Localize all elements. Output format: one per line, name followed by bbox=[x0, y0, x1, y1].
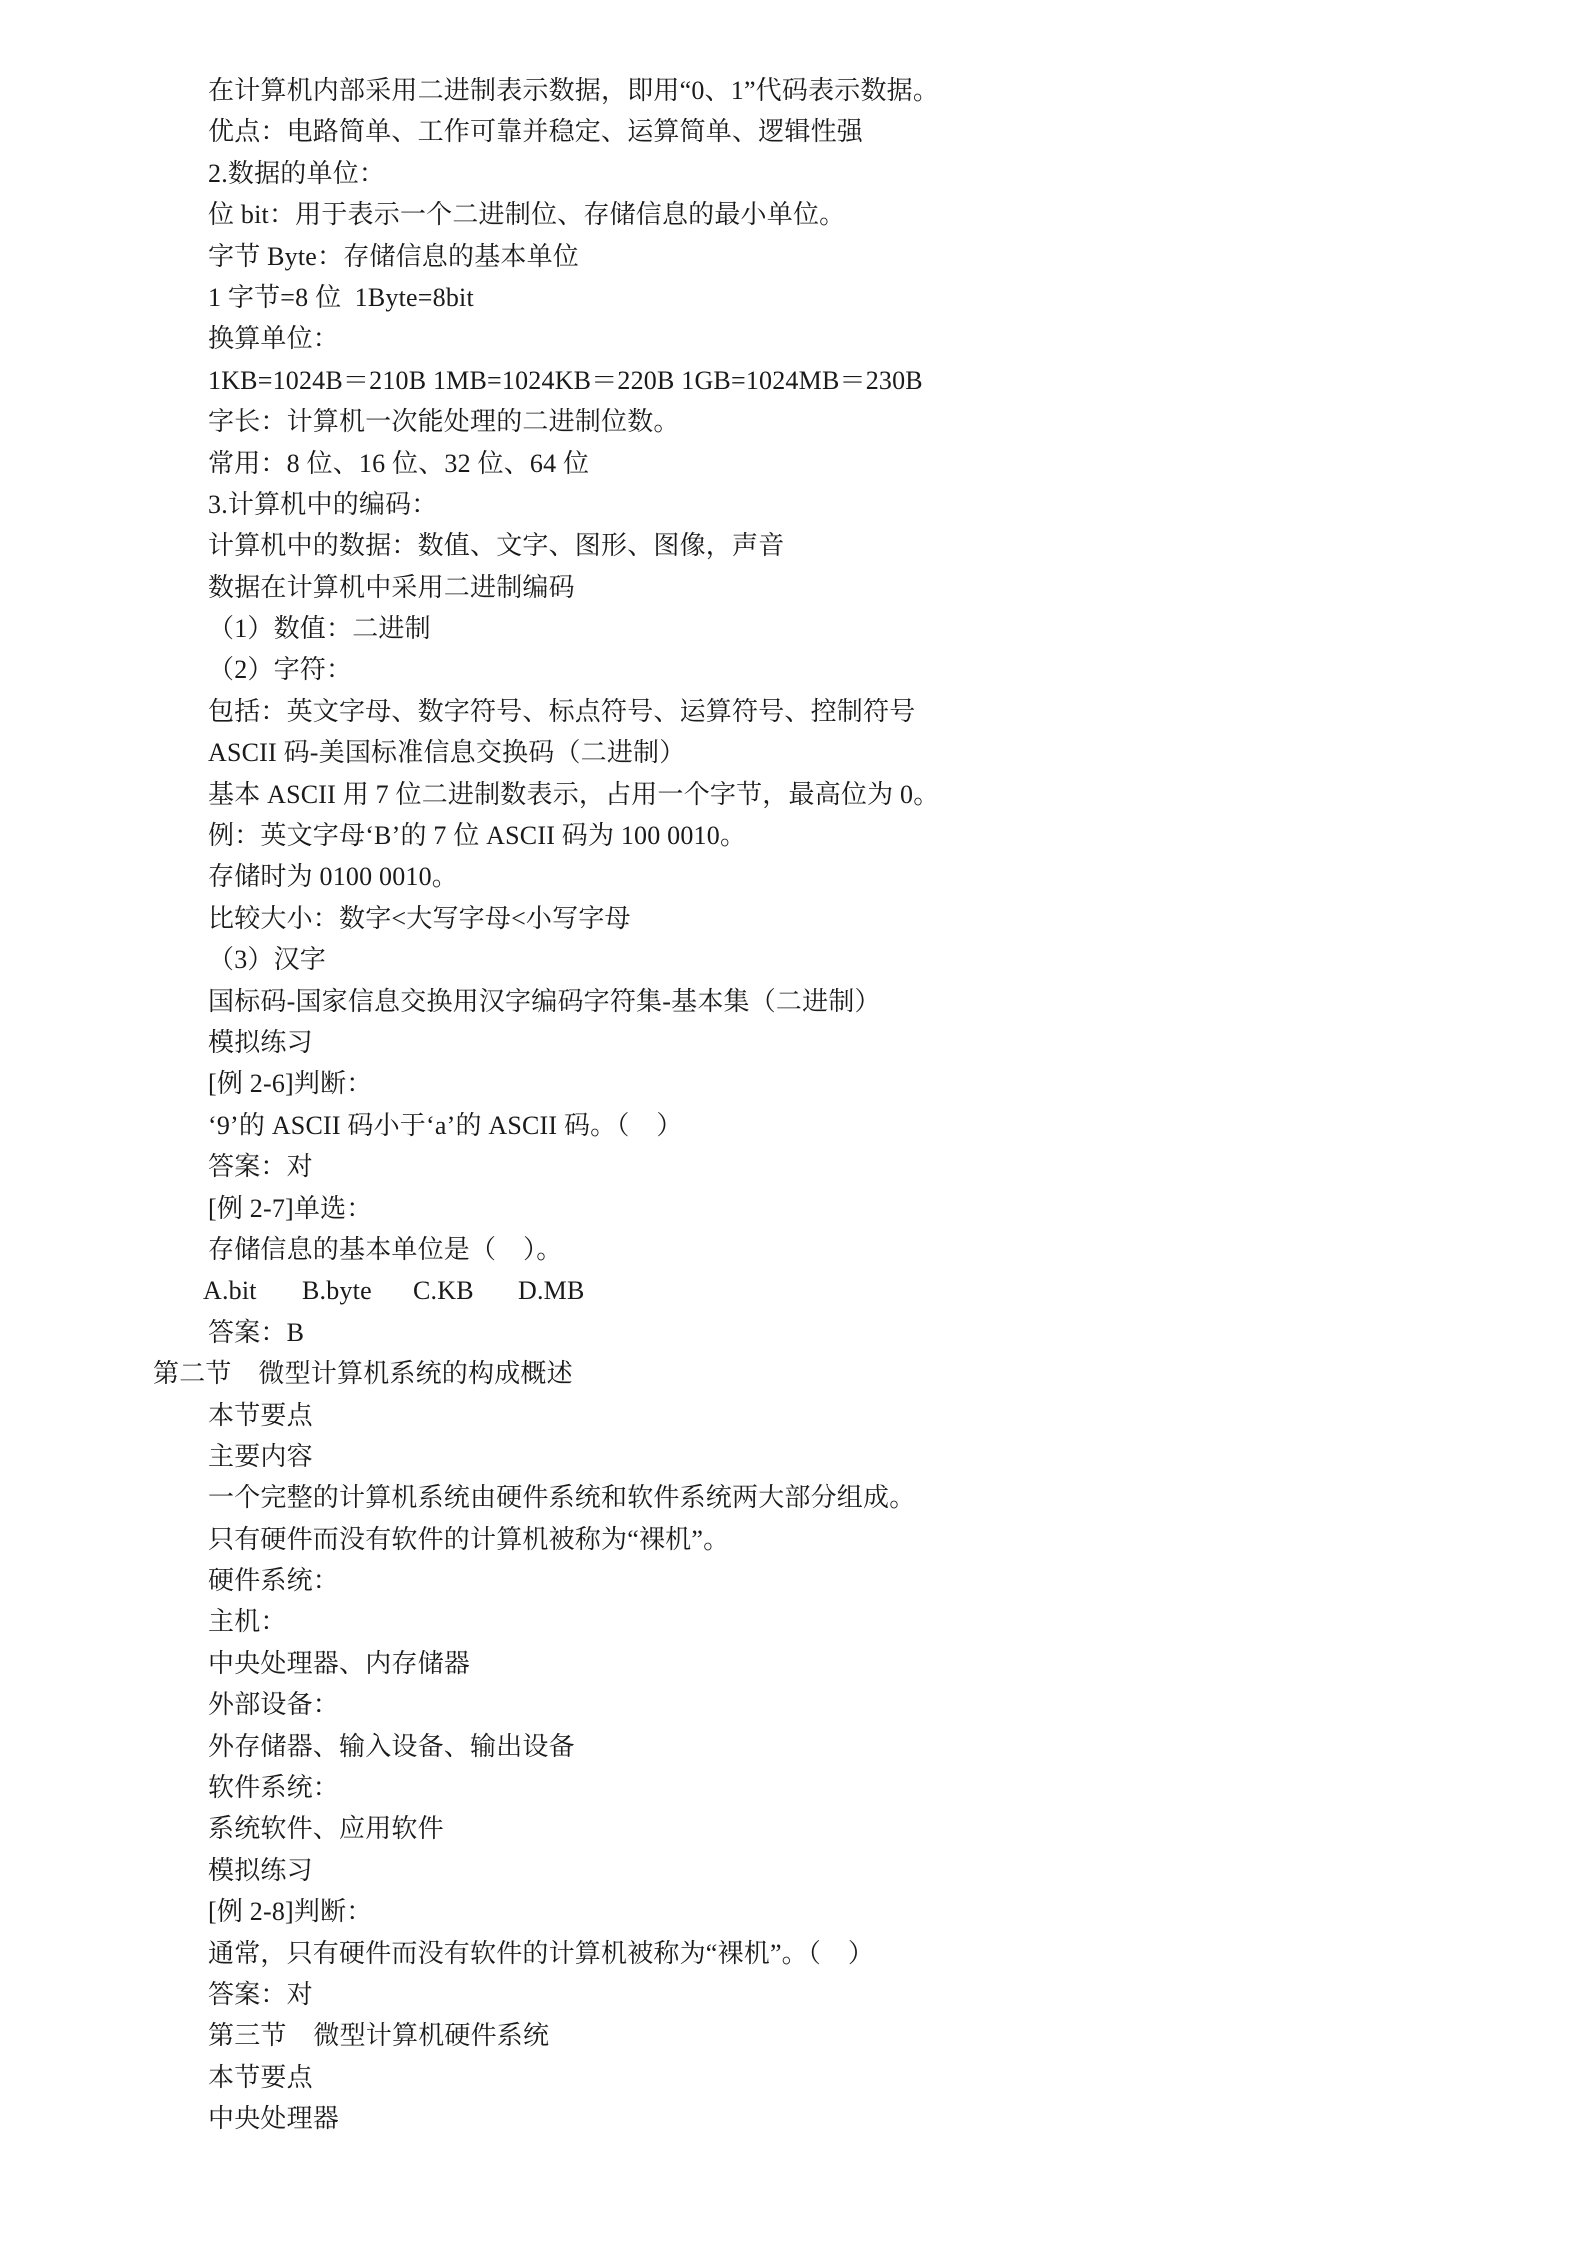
document-page: 在计算机内部采用二进制表示数据，即用“0、1”代码表示数据。 优点：电路简单、工… bbox=[0, 70, 1594, 2140]
text-line: 存储时为 0100 0010。 bbox=[0, 856, 1594, 897]
text-line: 中央处理器 bbox=[0, 2098, 1594, 2139]
text-line: 系统软件、应用软件 bbox=[0, 1808, 1594, 1849]
text-line: 一个完整的计算机系统由硬件系统和软件系统两大部分组成。 bbox=[0, 1477, 1594, 1518]
exercise-options: A.bit B.byte C.KB D.MB bbox=[0, 1270, 1594, 1311]
text-line: 常用：8 位、16 位、32 位、64 位 bbox=[0, 443, 1594, 484]
text-line: 软件系统： bbox=[0, 1767, 1594, 1808]
exercise-question: ‘9’的 ASCII 码小于‘a’的 ASCII 码。（ ） bbox=[0, 1105, 1594, 1146]
text-line: 比较大小：数字<大写字母<小写字母 bbox=[0, 898, 1594, 939]
text-line: 字长：计算机一次能处理的二进制位数。 bbox=[0, 401, 1594, 442]
text-line: 中央处理器、内存储器 bbox=[0, 1643, 1594, 1684]
section-heading: 第三节 微型计算机硬件系统 bbox=[0, 2015, 1594, 2056]
section-subheading: 2.数据的单位： bbox=[0, 153, 1594, 194]
exercise-question: 存储信息的基本单位是（ ）。 bbox=[0, 1229, 1594, 1270]
option-b: B.byte bbox=[302, 1270, 372, 1311]
text-line: 本节要点 bbox=[0, 1395, 1594, 1436]
text-line: 数据在计算机中采用二进制编码 bbox=[0, 567, 1594, 608]
text-line: 例：英文字母‘B’的 7 位 ASCII 码为 100 0010。 bbox=[0, 815, 1594, 856]
text-line: （3）汉字 bbox=[0, 939, 1594, 980]
exercise-answer: 答案：B bbox=[0, 1312, 1594, 1353]
text-line: （2）字符： bbox=[0, 649, 1594, 690]
text-line: 1 字节=8 位 1Byte=8bit bbox=[0, 277, 1594, 318]
text-line: 硬件系统： bbox=[0, 1560, 1594, 1601]
text-line: 计算机中的数据：数值、文字、图形、图像，声音 bbox=[0, 525, 1594, 566]
option-d: D.MB bbox=[518, 1270, 585, 1311]
text-line: 1KB=1024B＝210B 1MB=1024KB＝220B 1GB=1024M… bbox=[0, 360, 1594, 401]
text-line: 字节 Byte：存储信息的基本单位 bbox=[0, 236, 1594, 277]
exercise-title: [例 2-8]判断： bbox=[0, 1891, 1594, 1932]
text-line: 只有硬件而没有软件的计算机被称为“裸机”。 bbox=[0, 1519, 1594, 1560]
text-line: 换算单位： bbox=[0, 318, 1594, 359]
text-line: ASCII 码-美国标准信息交换码（二进制） bbox=[0, 732, 1594, 773]
option-c: C.KB bbox=[413, 1270, 474, 1311]
text-line: 包括：英文字母、数字符号、标点符号、运算符号、控制符号 bbox=[0, 691, 1594, 732]
text-line: 主要内容 bbox=[0, 1436, 1594, 1477]
exercise-answer: 答案：对 bbox=[0, 1146, 1594, 1187]
exercise-answer: 答案：对 bbox=[0, 1974, 1594, 2015]
exercise-label: 模拟练习 bbox=[0, 1850, 1594, 1891]
exercise-label: 模拟练习 bbox=[0, 1022, 1594, 1063]
text-line: 国标码-国家信息交换用汉字编码字符集-基本集（二进制） bbox=[0, 981, 1594, 1022]
text-line: 基本 ASCII 用 7 位二进制数表示，占用一个字节，最高位为 0。 bbox=[0, 774, 1594, 815]
option-a: A.bit bbox=[203, 1270, 257, 1311]
text-line: 主机： bbox=[0, 1601, 1594, 1642]
text-line: 位 bit：用于表示一个二进制位、存储信息的最小单位。 bbox=[0, 194, 1594, 235]
text-line: （1）数值：二进制 bbox=[0, 608, 1594, 649]
exercise-title: [例 2-6]判断： bbox=[0, 1063, 1594, 1104]
text-line: 在计算机内部采用二进制表示数据，即用“0、1”代码表示数据。 bbox=[0, 70, 1594, 111]
text-line: 外部设备： bbox=[0, 1684, 1594, 1725]
text-line: 本节要点 bbox=[0, 2057, 1594, 2098]
section-heading: 第二节 微型计算机系统的构成概述 bbox=[0, 1353, 1594, 1394]
text-line: 外存储器、输入设备、输出设备 bbox=[0, 1726, 1594, 1767]
exercise-title: [例 2-7]单选： bbox=[0, 1188, 1594, 1229]
section-subheading: 3.计算机中的编码： bbox=[0, 484, 1594, 525]
exercise-question: 通常，只有硬件而没有软件的计算机被称为“裸机”。（ ） bbox=[0, 1933, 1594, 1974]
text-line: 优点：电路简单、工作可靠并稳定、运算简单、逻辑性强 bbox=[0, 111, 1594, 152]
